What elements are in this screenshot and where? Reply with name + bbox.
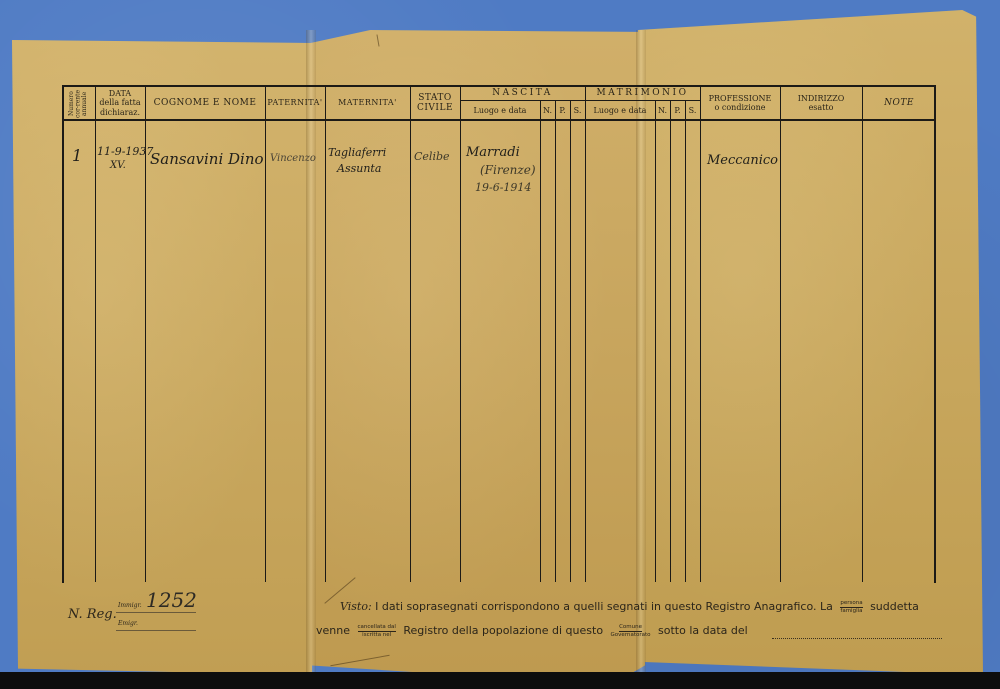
header-nascita-s: S. — [570, 101, 585, 120]
registro-statement: venne cancellata dal iscritta nel Regist… — [316, 624, 748, 638]
visto-text: I dati soprasegnati corrispondono a quel… — [375, 600, 833, 613]
scan-bottom-edge — [0, 672, 1000, 689]
column-divider — [780, 85, 781, 582]
header-stato-civile: STATO CIVILE — [410, 86, 460, 120]
row-nascita-luogo: Marradi — [466, 145, 520, 160]
reg-label: N. Reg. — [68, 607, 117, 622]
header-matrimonio-luogo: Luogo e data — [585, 101, 655, 120]
row-numero: 1 — [72, 146, 82, 165]
column-divider — [460, 85, 461, 582]
header-numero: Numero cor-rente annuale — [62, 87, 95, 120]
header-data: DATA della fatta dichiaraz. — [95, 86, 145, 120]
date-blank-line — [772, 638, 942, 639]
immigr-number: 1252 — [146, 588, 197, 612]
header-cognome-nome: COGNOME E NOME — [145, 86, 265, 120]
column-divider — [145, 85, 146, 582]
header-data-line3: dichiaraz. — [100, 108, 140, 117]
column-divider — [685, 100, 686, 582]
frac-cancellata: cancellata dal — [358, 624, 396, 631]
row-stato-civile: Celibe — [414, 150, 450, 163]
column-divider — [570, 100, 571, 582]
header-matrimonio-n: N. — [655, 101, 670, 120]
row-professione: Meccanico — [707, 153, 778, 168]
header-nascita: NASCITA — [460, 86, 585, 100]
header-indirizzo-line1: INDIRIZZO — [798, 94, 845, 103]
frac-iscritta: iscritta nel — [362, 632, 391, 638]
header-nascita-p: P. — [555, 101, 570, 120]
venne-text: venne — [316, 624, 350, 637]
frac-persona: persona — [840, 600, 862, 607]
column-divider — [540, 100, 541, 582]
cancellata-iscritta-fraction: cancellata dal iscritta nel — [358, 624, 396, 637]
header-data-line2: della fatta — [99, 98, 140, 107]
header-stato-line2: CIVILE — [417, 103, 453, 113]
header-note: NOTE — [862, 86, 936, 120]
emigr-underline — [116, 630, 196, 631]
column-divider — [95, 85, 96, 582]
visto-label: Visto: — [340, 600, 372, 613]
column-divider — [585, 85, 586, 582]
frac-famiglia: famiglia — [840, 608, 862, 614]
column-divider — [655, 100, 656, 582]
comune-governatorato-fraction: Comune Governatorato — [611, 624, 651, 637]
immigr-underline — [116, 612, 196, 613]
header-indirizzo-line2: esatto — [809, 103, 834, 112]
column-divider — [862, 85, 863, 582]
row-maternita: Tagliaferri — [328, 146, 386, 159]
header-nascita-n: N. — [540, 101, 555, 120]
column-divider — [265, 85, 266, 582]
header-matrimonio: MATRIMONIO — [585, 86, 700, 100]
frac-governatorato: Governatorato — [611, 632, 651, 638]
row-data: 11-9-1937 — [97, 145, 153, 158]
persona-famiglia-fraction: persona famiglia — [840, 600, 862, 613]
header-stato-line1: STATO — [418, 93, 452, 103]
header-maternita: MATERNITA' — [325, 86, 410, 120]
header-indirizzo: INDIRIZZO esatto — [780, 86, 862, 120]
row-data-era: XV. — [110, 160, 126, 171]
row-paternita: Vincenzo — [270, 153, 316, 164]
visto-statement: Visto: I dati soprasegnati corrispondono… — [340, 600, 919, 614]
header-matrimonio-p: P. — [670, 101, 685, 120]
emigr-label: Emigr. — [118, 620, 138, 627]
column-divider — [700, 85, 701, 582]
row-nascita-data: 19-6-1914 — [475, 181, 531, 194]
data-text: sotto la data del — [658, 624, 748, 637]
row-nascita-provincia: (Firenze) — [480, 163, 536, 177]
row-maternita-2: Assunta — [337, 162, 381, 175]
header-numero-text: Numero cor-rente annuale — [69, 87, 89, 120]
header-data-line1: DATA — [109, 89, 131, 98]
header-professione: PROFESSIONE o condizione — [700, 86, 780, 120]
header-nascita-luogo: Luogo e data — [460, 101, 540, 120]
suddetta-text: suddetta — [870, 600, 919, 613]
header-professione-line2: o condizione — [715, 103, 766, 112]
immigr-label: Immigr. — [118, 602, 142, 609]
header-professione-line1: PROFESSIONE — [709, 94, 772, 103]
frac-comune: Comune — [619, 624, 642, 631]
column-divider — [555, 100, 556, 582]
column-divider — [325, 85, 326, 582]
column-divider — [670, 100, 671, 582]
header-paternita: PATERNITA' — [265, 86, 325, 120]
row-cognome-nome: Sansavini Dino — [150, 150, 264, 168]
header-matrimonio-s: S. — [685, 101, 700, 120]
column-divider — [410, 85, 411, 582]
registro-text: Registro della popolazione di questo — [403, 624, 603, 637]
